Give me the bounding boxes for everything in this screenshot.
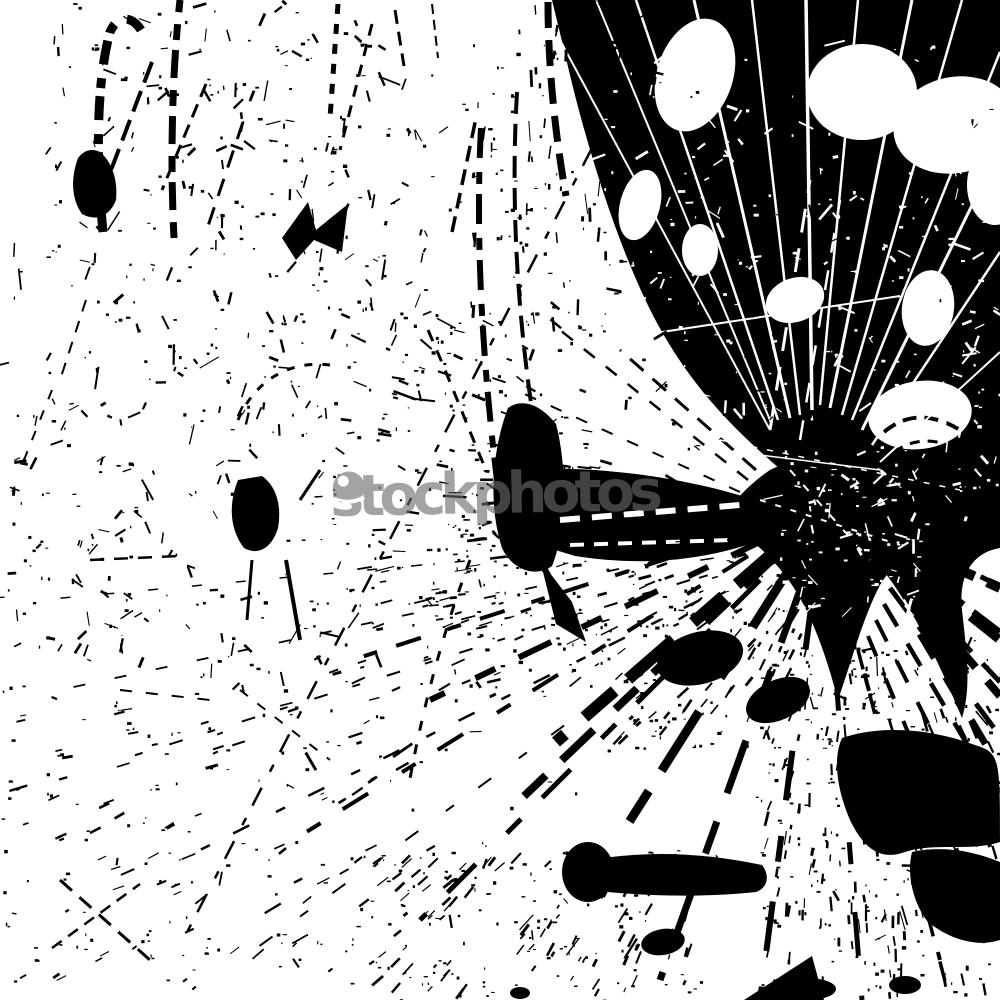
speck (918, 883, 920, 885)
speck (275, 46, 278, 47)
speck (695, 530, 698, 533)
crack-line (978, 280, 984, 281)
speck (182, 160, 184, 163)
speck (852, 896, 854, 899)
speck (364, 856, 366, 858)
speck (989, 731, 993, 734)
speck (554, 890, 558, 893)
speck (666, 624, 668, 626)
speck (191, 881, 193, 884)
speck (845, 708, 849, 710)
speck (59, 944, 62, 946)
speck (433, 563, 434, 565)
speck (983, 898, 986, 901)
speck (316, 251, 319, 253)
speck (601, 662, 603, 665)
speck (269, 330, 273, 332)
speck (364, 44, 367, 45)
speck (40, 541, 43, 543)
speck (149, 379, 151, 380)
crack-line (458, 594, 466, 595)
speck (524, 593, 528, 594)
speck (769, 194, 772, 197)
speck (544, 627, 546, 629)
speck (850, 811, 852, 813)
speck (920, 391, 923, 392)
speck (569, 280, 570, 282)
speck (371, 901, 375, 902)
speck (765, 986, 766, 989)
speck (634, 969, 637, 971)
crack-line (823, 976, 824, 988)
speck (783, 580, 788, 583)
speck (548, 273, 552, 274)
speck (486, 403, 490, 406)
crack-line (988, 668, 989, 673)
speck (552, 306, 556, 309)
speck (941, 843, 943, 846)
speck (217, 949, 220, 952)
speck (1, 818, 5, 819)
speck (179, 859, 180, 861)
speck (542, 571, 545, 572)
speck (544, 252, 547, 255)
speck (881, 970, 885, 973)
speck (694, 988, 697, 989)
speck (619, 260, 623, 263)
speck (228, 656, 229, 657)
speck (855, 597, 859, 598)
speck (832, 713, 836, 715)
crack-line (117, 858, 118, 865)
speck (514, 921, 518, 923)
speck (679, 326, 683, 329)
crack-line (785, 850, 786, 858)
speck (30, 565, 32, 566)
speck (901, 401, 904, 403)
speck (436, 337, 439, 340)
speck (597, 887, 601, 888)
speck (940, 299, 942, 302)
speck (511, 96, 515, 98)
speck (876, 523, 880, 524)
speck (976, 162, 977, 164)
speck (927, 891, 929, 893)
speck (468, 568, 471, 570)
speck (77, 506, 81, 507)
speck (856, 491, 859, 492)
speck (725, 22, 729, 25)
speck (268, 859, 270, 860)
speck (811, 541, 813, 543)
speck (976, 843, 978, 846)
speck (624, 913, 628, 915)
speck (89, 167, 92, 170)
speck (949, 407, 952, 410)
speck (203, 409, 206, 411)
speck (537, 927, 540, 929)
speck (312, 608, 316, 611)
speck (49, 372, 52, 374)
speck (694, 745, 695, 747)
speck (866, 566, 870, 568)
speck (828, 924, 831, 926)
speck (611, 343, 613, 345)
speck (486, 893, 491, 895)
speck (854, 522, 856, 523)
speck (14, 297, 15, 300)
crack-line (661, 290, 674, 291)
speck (796, 606, 800, 607)
speck (974, 640, 976, 641)
speck (345, 643, 348, 646)
crack-line (325, 408, 326, 419)
speck (551, 624, 555, 626)
speck (4, 850, 8, 853)
speck (963, 894, 967, 896)
speck (72, 494, 76, 495)
speck (209, 85, 211, 87)
speck (603, 485, 606, 487)
crack-line (965, 517, 966, 522)
crack-line (553, 51, 554, 60)
speck (306, 59, 309, 61)
speck (792, 577, 795, 578)
speck (780, 823, 783, 824)
speck (151, 955, 152, 958)
speck (89, 351, 91, 353)
crack-line (541, 560, 546, 561)
speck (52, 420, 56, 423)
speck (150, 789, 152, 790)
speck (582, 961, 584, 963)
speck (586, 443, 589, 445)
speck (852, 602, 855, 604)
speck (296, 12, 299, 13)
speck (67, 444, 71, 447)
speck (598, 3, 600, 5)
speck (528, 324, 530, 326)
speck (811, 721, 812, 723)
speck (804, 912, 806, 915)
crack-line (531, 70, 532, 87)
speck (769, 772, 770, 774)
crack-line (773, 979, 775, 984)
speck (782, 530, 786, 531)
speck (283, 159, 287, 162)
speck (176, 93, 179, 96)
speck (989, 800, 993, 803)
speck (875, 895, 877, 898)
speck (207, 938, 210, 940)
speck (907, 878, 908, 880)
speck (568, 25, 569, 28)
speck (56, 252, 57, 253)
speck (116, 701, 118, 703)
speck (437, 548, 440, 551)
crack-line (474, 539, 484, 540)
speck (421, 370, 424, 373)
speck (557, 492, 560, 494)
speck (959, 408, 962, 410)
speck (115, 321, 117, 323)
speck (855, 928, 859, 930)
speck (205, 953, 209, 955)
speck (227, 372, 231, 374)
speck (813, 973, 814, 974)
speck (806, 543, 808, 545)
speck (974, 364, 976, 367)
speck (353, 362, 356, 363)
speck (387, 881, 391, 883)
speck (958, 812, 961, 815)
speck (896, 361, 900, 363)
speck (859, 289, 863, 291)
speck (545, 555, 549, 557)
speck (491, 992, 495, 993)
speck (886, 485, 890, 486)
speck (612, 378, 614, 380)
speck (852, 660, 855, 662)
speck (365, 265, 369, 267)
speck (114, 705, 117, 708)
speck (203, 673, 205, 676)
speck (603, 82, 605, 83)
crack-line (802, 689, 803, 702)
speck (416, 384, 419, 387)
speck (508, 503, 511, 504)
speck (475, 459, 480, 462)
crack-line (14, 243, 15, 257)
speck (878, 132, 879, 135)
speck (871, 198, 872, 201)
speck (505, 334, 507, 337)
speck (515, 464, 517, 467)
speck (287, 785, 288, 787)
speck (487, 443, 491, 444)
crack-line (876, 710, 877, 714)
speck (949, 647, 953, 649)
speck (944, 974, 946, 976)
speck (773, 763, 775, 766)
speck (655, 731, 657, 732)
speck (869, 538, 871, 541)
speck (235, 201, 239, 204)
speck (483, 986, 486, 988)
crack-line (771, 341, 777, 342)
speck (333, 476, 336, 478)
speck (879, 986, 881, 989)
speck (305, 768, 309, 771)
speck (875, 917, 877, 920)
speck (452, 852, 456, 855)
speck (393, 202, 395, 204)
speck (337, 745, 340, 746)
speck (535, 312, 539, 315)
speck (557, 544, 560, 547)
speck (578, 326, 582, 329)
speck (159, 609, 160, 611)
speck (513, 649, 516, 652)
speck (488, 128, 493, 130)
speck (189, 186, 192, 189)
speck (424, 976, 428, 977)
speck (965, 861, 968, 862)
crack-line (814, 499, 815, 505)
speck (375, 603, 378, 605)
speck (470, 684, 473, 687)
crack-line (970, 121, 972, 128)
speck (455, 525, 456, 527)
crack-line (578, 299, 579, 315)
speck (772, 690, 775, 693)
speck (126, 317, 130, 319)
crack-line (222, 160, 223, 169)
speck (961, 117, 964, 120)
speck (962, 203, 964, 205)
speck (590, 685, 593, 688)
speck (634, 602, 638, 606)
speck (526, 321, 527, 323)
speck (152, 958, 155, 960)
speck (905, 725, 907, 727)
speck (773, 664, 777, 667)
speck (520, 566, 523, 568)
speck (286, 574, 287, 576)
speck (539, 464, 541, 465)
speck (403, 361, 404, 363)
speck (831, 565, 832, 568)
speck (960, 490, 962, 492)
crack-line (248, 333, 249, 338)
speck (843, 555, 847, 558)
crack-line (670, 417, 676, 418)
speck (472, 444, 475, 445)
speck (493, 149, 497, 150)
speck (66, 873, 70, 876)
crack-line (218, 661, 222, 662)
speck (645, 920, 646, 922)
speck (966, 117, 968, 120)
speck (972, 67, 975, 69)
speck (853, 478, 856, 481)
speck (427, 646, 428, 649)
speck (564, 946, 567, 948)
speck (220, 137, 223, 140)
speck (624, 680, 629, 683)
speck (643, 634, 647, 637)
crack-line (223, 86, 224, 90)
speck (345, 950, 347, 952)
speck (548, 44, 551, 47)
speck (899, 276, 903, 279)
speck (717, 640, 719, 641)
speck (896, 894, 899, 896)
speck (948, 287, 951, 289)
speck (6, 923, 8, 927)
speck (843, 717, 845, 719)
speck (579, 609, 582, 611)
speck (500, 189, 502, 192)
speck (277, 49, 280, 52)
crack-line (967, 923, 968, 930)
speck (917, 668, 918, 671)
speck (841, 848, 845, 850)
speck (897, 968, 900, 970)
speck (830, 396, 832, 398)
crack-line (970, 311, 976, 312)
crack-line (867, 923, 868, 933)
speck (462, 515, 465, 518)
speck (188, 266, 192, 268)
speck (253, 248, 255, 250)
speck (753, 205, 756, 207)
speck (474, 568, 476, 571)
crack-line (504, 617, 510, 618)
crack-line (436, 619, 443, 620)
speck (669, 606, 673, 609)
speck (787, 526, 790, 529)
speck (499, 390, 503, 393)
speck (340, 116, 342, 119)
speck (753, 657, 754, 659)
speck (95, 44, 99, 46)
speck (394, 864, 396, 865)
speck (748, 623, 752, 626)
speck (319, 267, 323, 270)
crack-line (474, 233, 475, 248)
speck (778, 820, 782, 822)
speck (894, 650, 898, 652)
speck (681, 974, 684, 975)
speck (487, 504, 489, 506)
speck (948, 244, 951, 247)
speck (910, 599, 913, 600)
speck (680, 543, 684, 545)
speck (518, 461, 521, 463)
speck (35, 960, 39, 962)
speck (847, 237, 850, 240)
crack-line (675, 541, 686, 542)
speck (159, 87, 163, 90)
speck (919, 541, 923, 543)
speck (879, 578, 883, 579)
speck (169, 921, 170, 924)
speck (834, 54, 836, 56)
speck (729, 341, 732, 344)
speck (414, 325, 417, 328)
speck (870, 337, 872, 339)
crack-line (897, 811, 898, 819)
speck (973, 487, 977, 490)
speck (54, 122, 56, 124)
crack-line (908, 839, 909, 843)
crack-line (341, 419, 352, 420)
speck (214, 10, 216, 12)
speck (241, 843, 245, 844)
speck (86, 830, 89, 832)
speck (641, 877, 642, 880)
speck (166, 980, 170, 982)
speck (987, 659, 988, 661)
speck (917, 556, 921, 558)
speck (915, 987, 917, 990)
crack-line (471, 302, 472, 308)
speck (828, 782, 830, 783)
speck (644, 683, 648, 685)
crack-line (542, 457, 547, 458)
speck (835, 354, 839, 356)
